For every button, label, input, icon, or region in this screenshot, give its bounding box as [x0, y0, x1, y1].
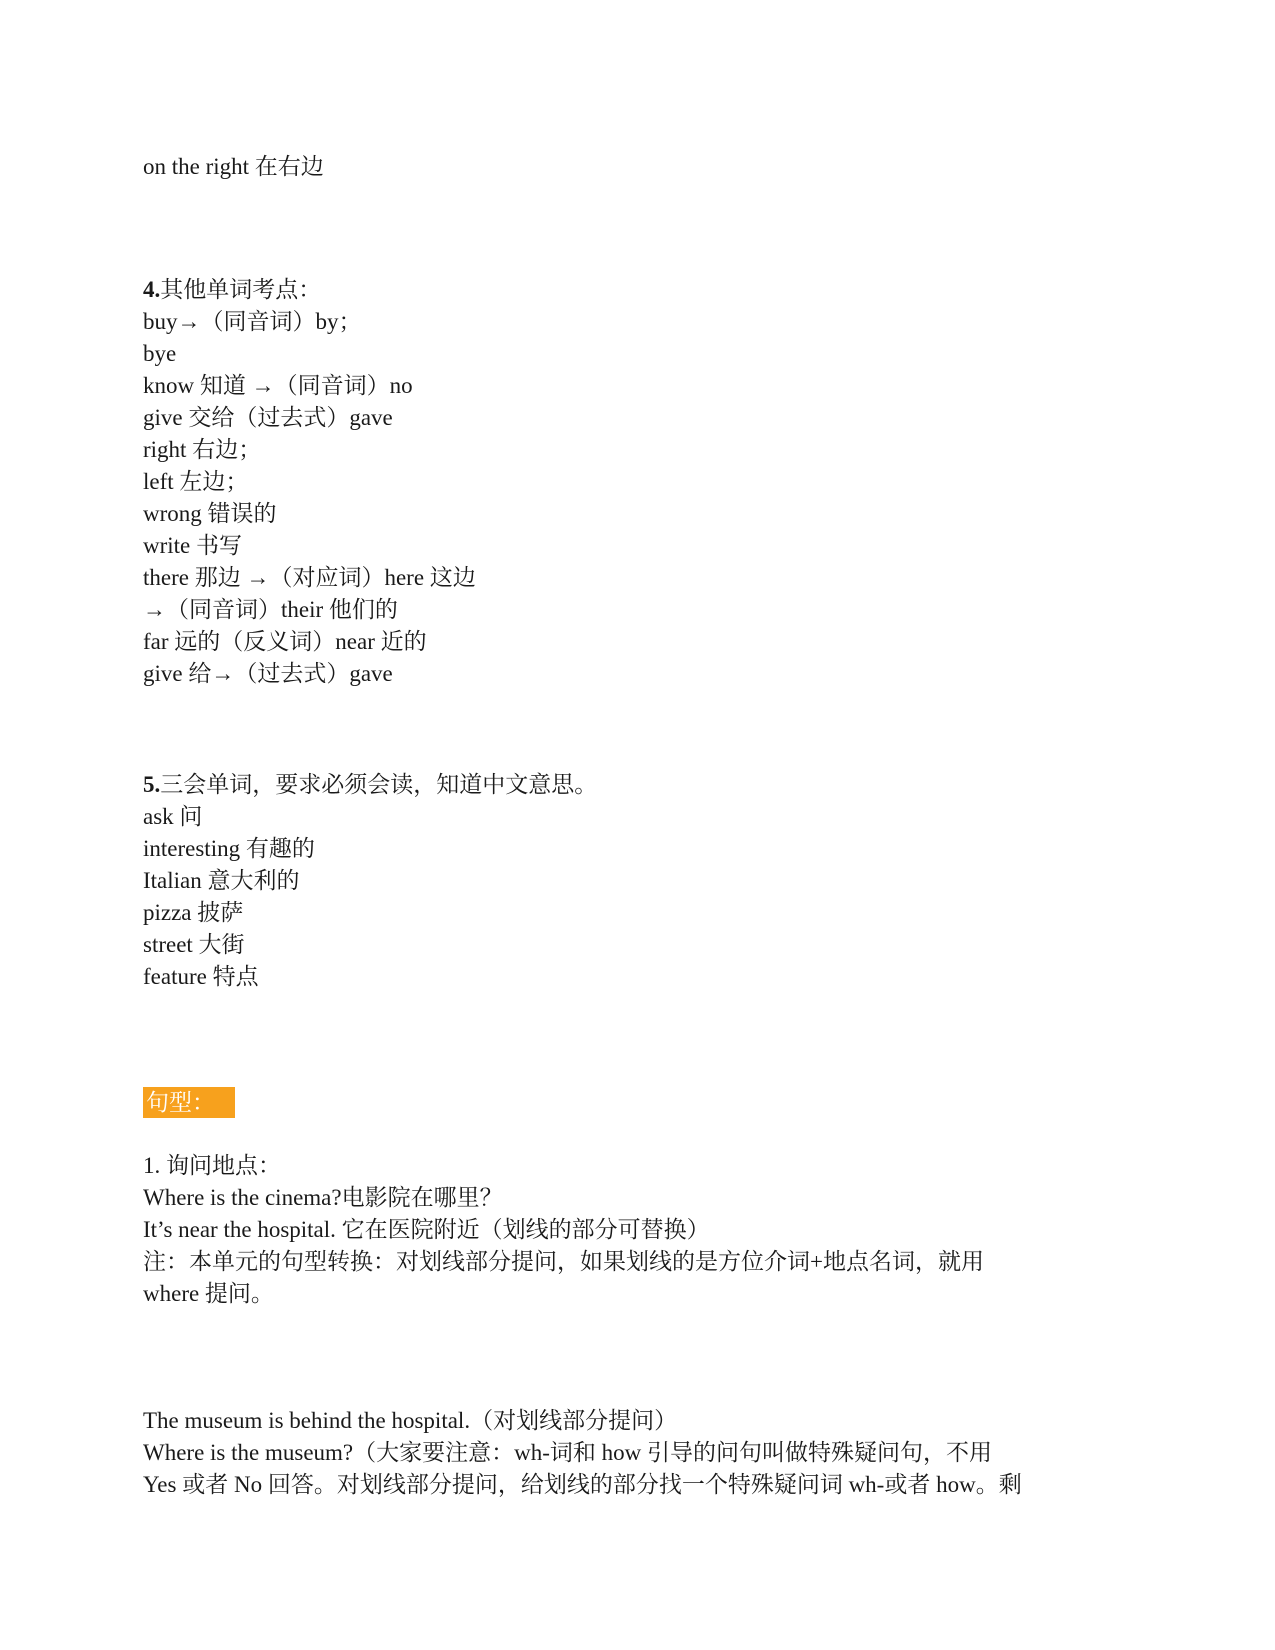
vocab-item: write 书写	[143, 530, 1175, 562]
section5-heading: 5.三会单词，要求必须会读，知道中文意思。	[143, 769, 1175, 801]
vocab-item: Italian 意大利的	[143, 865, 1175, 897]
vocab-item: feature 特点	[143, 961, 1175, 993]
sentence-patterns-title-row: 句型：	[143, 1087, 1175, 1119]
vocab-item: buy→（同音词）by；	[143, 306, 1175, 338]
vocab-line-on-the-right: on the right 在右边	[143, 151, 1175, 183]
sentence-patterns-title-highlight: 句型：	[143, 1087, 235, 1118]
vocab-item: ask 问	[143, 801, 1175, 833]
document-page: on the right 在右边 4.其他单词考点： buy→（同音词）by； …	[0, 0, 1275, 1650]
vocab-item: there 那边 →（对应词）here 这边	[143, 562, 1175, 594]
pattern1-line: 注：本单元的句型转换：对划线部分提问，如果划线的是方位介词+地点名词，就用	[143, 1246, 1175, 1278]
pattern1-heading: 1. 询问地点：	[143, 1150, 1175, 1182]
vocab-item: give 给→（过去式）gave	[143, 658, 1175, 690]
vocab-item: give 交给（过去式）gave	[143, 402, 1175, 434]
section4-number: 4.	[143, 277, 160, 302]
vocab-item: right 右边；	[143, 434, 1175, 466]
vocab-item: far 远的（反义词）near 近的	[143, 626, 1175, 658]
vocab-item: wrong 错误的	[143, 498, 1175, 530]
example2-line: The museum is behind the hospital.（对划线部分…	[143, 1405, 1175, 1437]
example2-line: Where is the museum?（大家要注意：wh-词和 how 引导的…	[143, 1437, 1175, 1469]
pattern1-line: It’s near the hospital. 它在医院附近（划线的部分可替换）	[143, 1214, 1175, 1246]
pattern1-line: Where is the cinema?电影院在哪里？	[143, 1182, 1175, 1214]
section4-heading-text: 其他单词考点：	[160, 277, 321, 302]
vocab-item: pizza 披萨	[143, 897, 1175, 929]
section5-number: 5.	[143, 772, 160, 797]
vocab-item: bye	[143, 338, 1175, 370]
vocab-item: interesting 有趣的	[143, 833, 1175, 865]
example2-line: Yes 或者 No 回答。对划线部分提问，给划线的部分找一个特殊疑问词 wh-或…	[143, 1469, 1175, 1501]
vocab-item: know 知道 →（同音词）no	[143, 370, 1175, 402]
section4-heading: 4.其他单词考点：	[143, 274, 1175, 306]
pattern1-line: where 提问。	[143, 1278, 1175, 1310]
vocab-item: →（同音词）their 他们的	[143, 594, 1175, 626]
vocab-item: left 左边；	[143, 466, 1175, 498]
section5-heading-text: 三会单词，要求必须会读，知道中文意思。	[160, 772, 597, 797]
document-content: on the right 在右边 4.其他单词考点： buy→（同音词）by； …	[0, 0, 1275, 1501]
vocab-item: street 大街	[143, 929, 1175, 961]
